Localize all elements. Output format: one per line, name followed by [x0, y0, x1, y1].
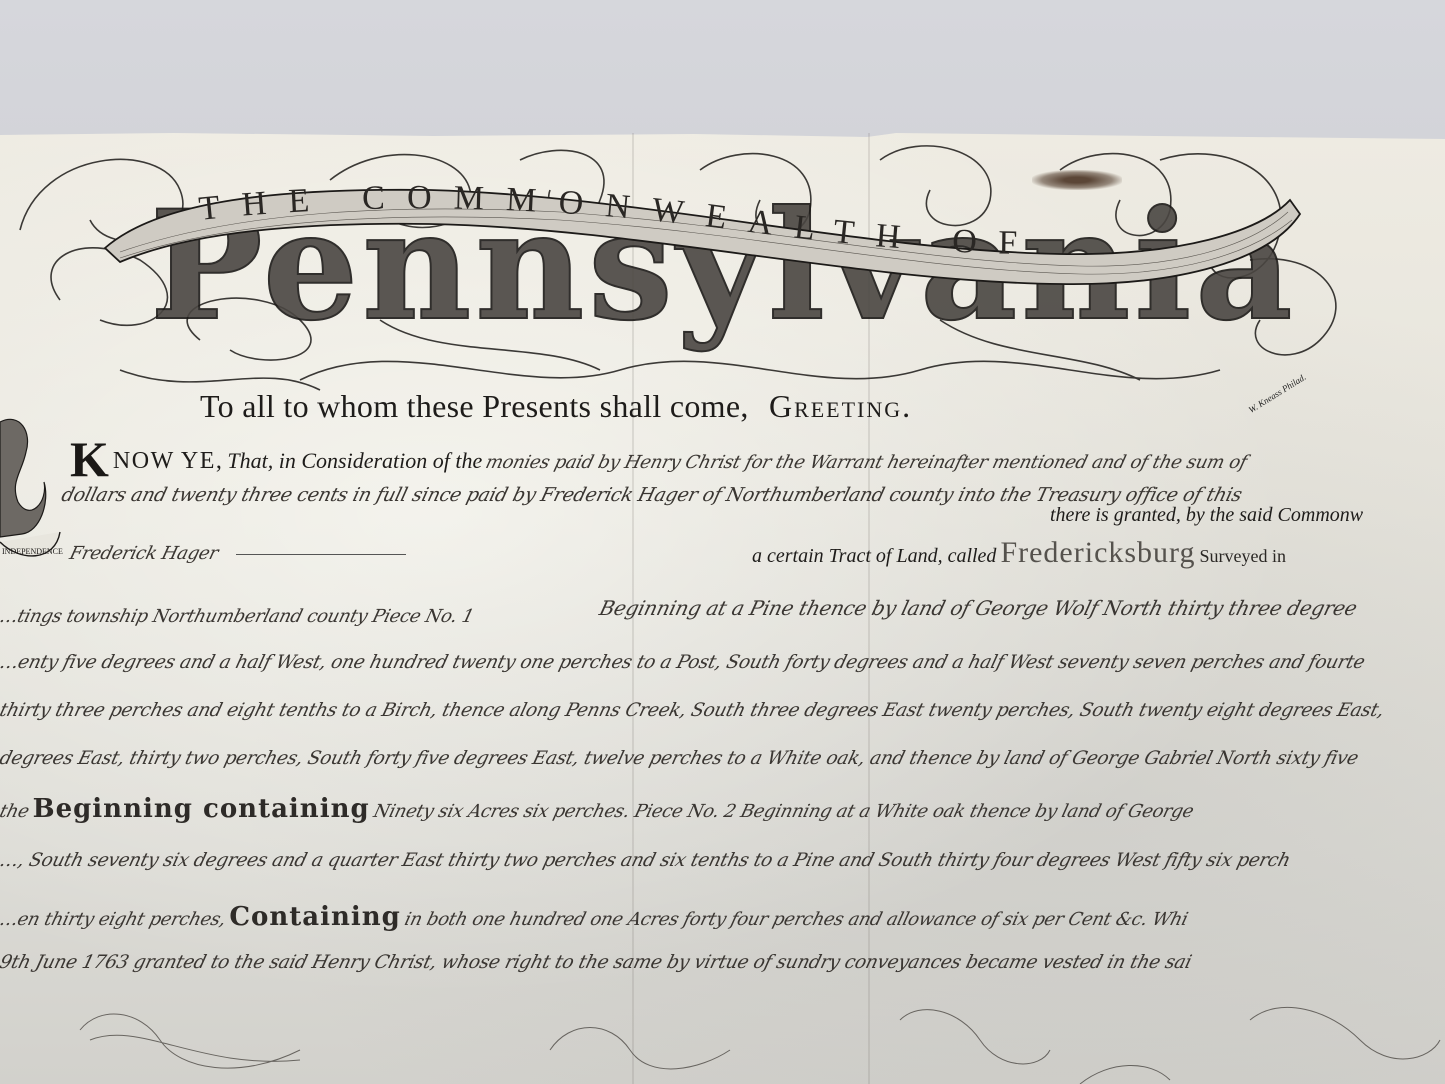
greeting-word: Greeting. — [769, 388, 912, 424]
blank-rule — [236, 554, 406, 555]
know-ye-caps: NOW YE, — [113, 448, 223, 474]
blackletter-heading: Containing — [229, 902, 401, 932]
handwritten-text: 9th June 1763 granted to the said Henry … — [0, 952, 1194, 973]
horse-seal-emblem: INDEPENDENCE — [0, 412, 70, 562]
handwritten-text: Ninety six Acres six perches. Piece No. … — [371, 801, 1195, 822]
svg-text:INDEPENDENCE: INDEPENDENCE — [2, 547, 63, 556]
greeting-main: To all to whom these Presents shall come… — [200, 388, 749, 424]
text-line-4b: a certain Tract of Land, called Frederic… — [752, 536, 1286, 570]
ink-stain — [1032, 170, 1122, 190]
text-line-6: …enty five degrees and a half West, one … — [0, 652, 1364, 673]
decorative-flourishes — [0, 1000, 1445, 1084]
background-surface — [0, 0, 1445, 140]
text-line-1: KNOW YE, That, in Consideration of the m… — [70, 430, 1247, 488]
surveyed-text: Surveyed in — [1200, 546, 1286, 566]
blackletter-heading: Beginning containing — [33, 794, 370, 824]
greeting-heading: To all to whom these Presents shall come… — [200, 388, 912, 425]
printed-text: a certain Tract of Land, called — [752, 545, 996, 567]
handwritten-text: in both one hundred one Acres forty four… — [402, 909, 1190, 930]
tract-name: Fredericksburg — [1000, 536, 1195, 569]
handwritten-text: degrees East, thirty two perches, South … — [0, 748, 1360, 769]
printed-text: there is granted, by the said Commonw — [1050, 504, 1363, 526]
handwritten-text: thirty three perches and eight tenths to… — [0, 700, 1386, 721]
printed-text: That, in Consideration of the — [227, 448, 482, 473]
handwritten-text: the — [0, 801, 31, 822]
text-line-4: Frederick Hager — [70, 543, 420, 564]
text-line-2: dollars and twenty three cents in full s… — [62, 484, 1242, 506]
handwritten-text: dollars and twenty three cents in full s… — [59, 484, 1244, 506]
drop-cap-k: K — [70, 431, 109, 487]
handwritten-text: …enty five degrees and a half West, one … — [0, 652, 1367, 673]
text-line-8: degrees East, thirty two perches, South … — [0, 748, 1358, 769]
text-line-9: the Beginning containing Ninety six Acre… — [0, 794, 1193, 824]
handwritten-text: monies paid by Henry Christ for the Warr… — [484, 452, 1250, 473]
grantee-name: Frederick Hager — [67, 543, 220, 564]
text-line-7: thirty three perches and eight tenths to… — [0, 700, 1383, 721]
handwritten-text: …tings township Northumberland county Pi… — [0, 606, 476, 627]
text-line-11: …en thirty eight perches, Containing in … — [0, 902, 1187, 932]
text-line-12: 9th June 1763 granted to the said Henry … — [0, 952, 1191, 973]
text-line-10: …, South seventy six degrees and a quart… — [0, 850, 1290, 871]
text-line-5: …tings township Northumberland county Pi… — [0, 606, 473, 627]
text-line-5b: Beginning at a Pine thence by land of Ge… — [600, 596, 1357, 620]
text-line-3: there is granted, by the said Commonw — [1050, 504, 1363, 527]
handwritten-text: …, South seventy six degrees and a quart… — [0, 850, 1292, 871]
handwritten-text: Beginning at a Pine thence by land of Ge… — [597, 596, 1360, 620]
handwritten-text: …en thirty eight perches, — [0, 909, 228, 930]
engraved-title-header: Pennsylvania THE COMMONWEALTH OF — [0, 133, 1445, 413]
